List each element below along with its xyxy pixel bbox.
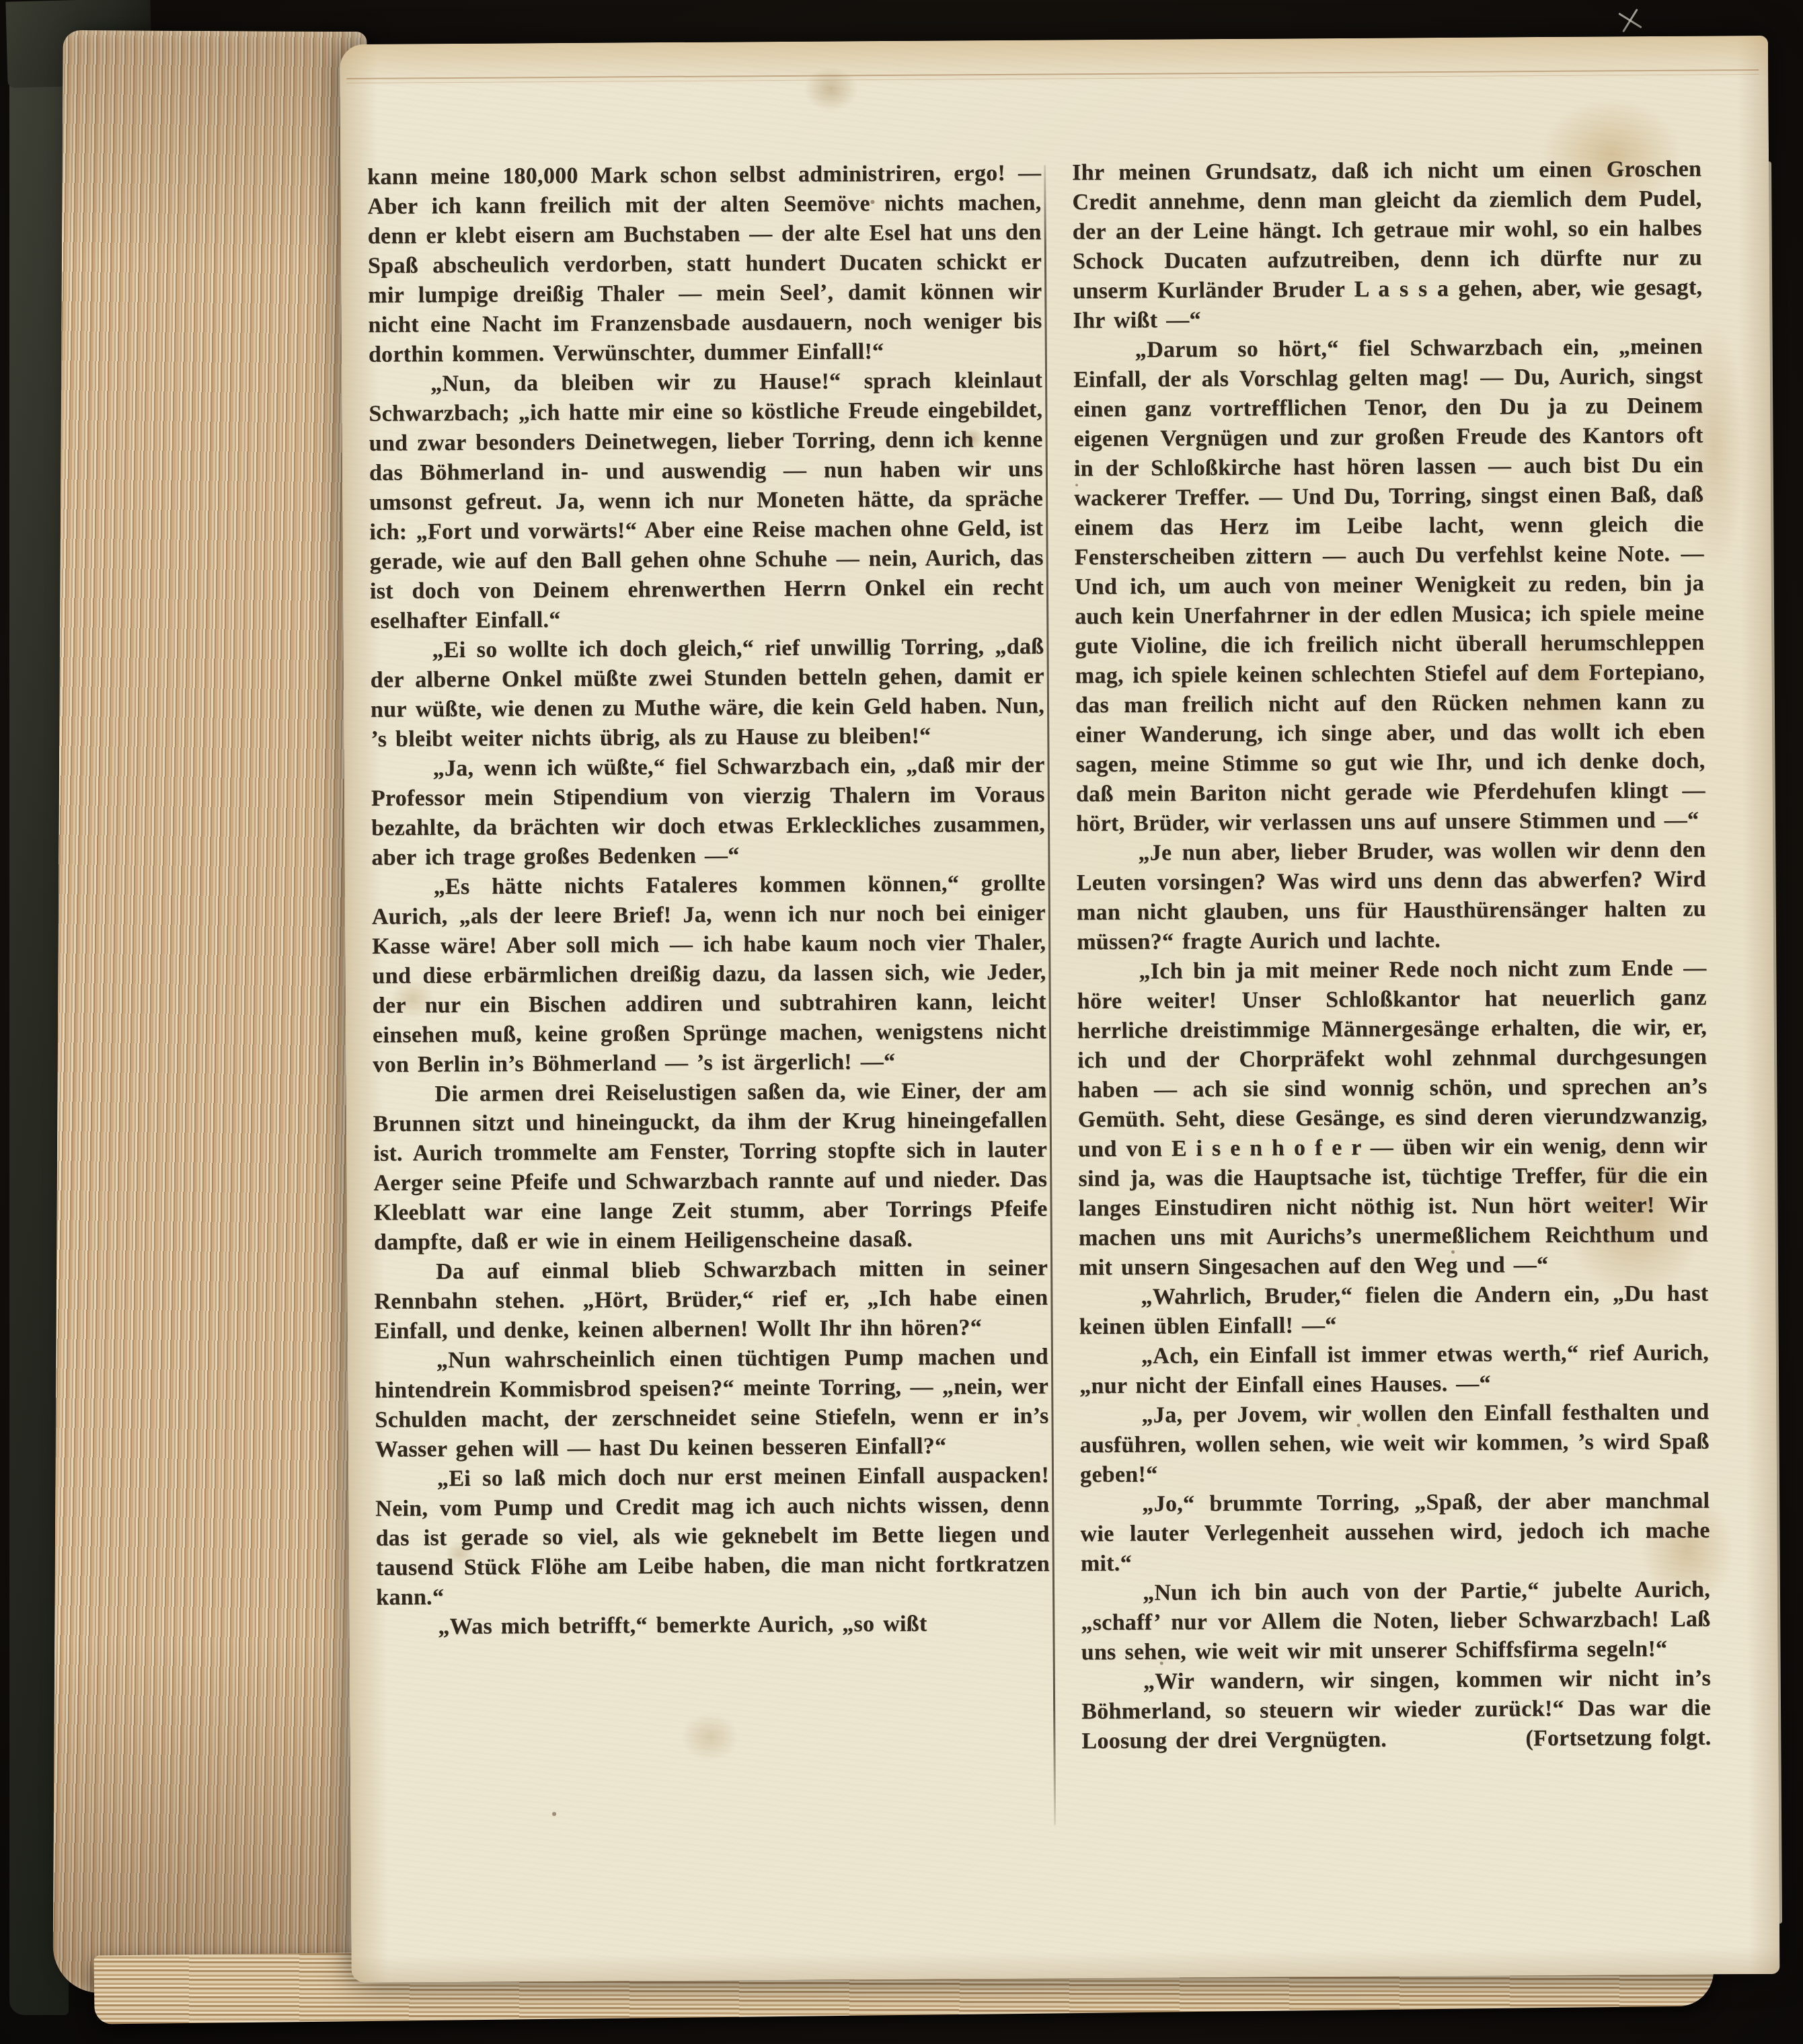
paragraph: Die armen drei Reiselustigen saßen da, w… <box>373 1076 1048 1258</box>
paragraph: „Was mich betrifft,“ bemerkte Aurich, „s… <box>376 1609 1050 1642</box>
paragraph: „Wir wandern, wir singen, kommen wir nic… <box>1081 1664 1712 1757</box>
paragraph: „Wahrlich, Bruder,“ fielen die Andern ei… <box>1079 1279 1709 1342</box>
paragraph: „Ich bin ja mit meiner Rede noch nicht z… <box>1077 954 1708 1283</box>
paragraph: „Ach, ein Einfall ist immer etwas werth,… <box>1079 1338 1710 1402</box>
paragraph: Da auf einmal blieb Schwarzbach mitten i… <box>374 1254 1048 1347</box>
left-column: kann meine 180,000 Mark schon selbst adm… <box>367 159 1050 1642</box>
ink-speck <box>552 1812 556 1816</box>
paragraph: „Darum so hört,“ fiel Schwarzbach ein, „… <box>1073 332 1706 839</box>
paragraph: „Nun, da bleiben wir zu Hause!“ sprach k… <box>369 366 1044 636</box>
paragraph: Ihr meinen Grundsatz, daß ich nicht um e… <box>1072 155 1703 336</box>
paragraph: „Ei so wollte ich doch gleich,“ rief unw… <box>370 632 1044 755</box>
paragraph: „Jo,“ brummte Torring, „Spaß, der aber m… <box>1080 1486 1710 1579</box>
paragraph: „Es hätte nichts Fataleres kommen können… <box>372 869 1047 1080</box>
continuation-note: (Fortsetzung folgt. <box>1463 1723 1711 1754</box>
right-column: Ihr meinen Grundsatz, daß ich nicht um e… <box>1072 155 1711 1757</box>
page: kann meine 180,000 Mark schon selbst adm… <box>340 36 1780 1983</box>
paragraph: „Ei so laß mich doch nur erst meinen Ein… <box>375 1461 1050 1613</box>
paragraph: „Je nun aber, lieber Bruder, was wollen … <box>1076 835 1706 958</box>
stain <box>669 1703 751 1771</box>
paragraph: „Ja, per Jovem, wir wollen den Einfall f… <box>1079 1398 1710 1490</box>
page-stack-fore-edge <box>52 30 367 1994</box>
scanned-book-page: kann meine 180,000 Mark schon selbst adm… <box>0 0 1803 2044</box>
scratch-mark <box>1617 9 1645 32</box>
stain <box>794 59 868 120</box>
paragraph: „Nun wahrscheinlich einen tüchtigen Pump… <box>375 1342 1049 1465</box>
paragraph: „Nun ich bin auch von der Partie,“ jubel… <box>1081 1575 1711 1668</box>
paragraph: „Ja, wenn ich wüßte,“ fiel Schwarzbach e… <box>371 751 1045 873</box>
top-edge-crease <box>346 69 1759 83</box>
paragraph: kann meine 180,000 Mark schon selbst adm… <box>367 159 1042 370</box>
